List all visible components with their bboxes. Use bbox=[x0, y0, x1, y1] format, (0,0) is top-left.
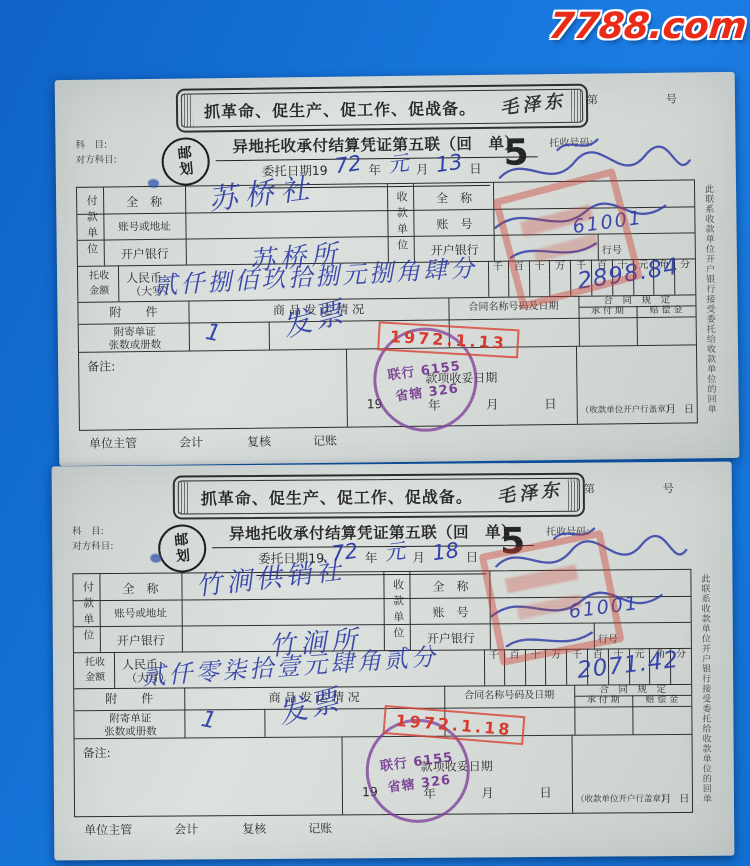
subject-label: 科 目: bbox=[75, 137, 107, 151]
payer-account-label: 账号或地址 bbox=[102, 605, 180, 621]
voucher-2: 第 号 抓革命、促生产、促工作、促战备。 毛泽东 科 目: 对方科目: 邮 划 … bbox=[52, 462, 735, 861]
sig-supervisor-label: 单位主管 bbox=[89, 434, 137, 452]
year-label: 年 bbox=[365, 548, 378, 566]
postal-transfer-stamp: 邮 划 bbox=[159, 135, 212, 188]
serial-label: 第 bbox=[584, 481, 595, 497]
day-label2: 日 bbox=[679, 791, 690, 806]
serial-number-line: 第 号 bbox=[587, 91, 677, 108]
contract-terms-header: 合 同 规 定 bbox=[574, 684, 691, 696]
month-label2: 月 bbox=[666, 402, 677, 417]
voucher-1: 第 号 抓革命、促生产、促工作、促战备。 毛泽东 科 目: 对方科目: 邮 划 … bbox=[55, 72, 740, 466]
red-seal-stamp bbox=[479, 530, 625, 667]
mao-signature: 毛泽东 bbox=[499, 87, 568, 121]
slogan-text: 抓革命、促生产、促工作、促战备。 bbox=[201, 484, 473, 509]
postal-stamp-char-bottom: 划 bbox=[179, 161, 195, 178]
attachment-header: 附 件 bbox=[74, 687, 184, 710]
payer-block-label: 付款单位 bbox=[79, 581, 95, 647]
handwritten-month: 元 bbox=[384, 546, 406, 559]
payee-block-label: 收款单位 bbox=[393, 191, 410, 257]
acceptance-period-label: 承 付 期 bbox=[574, 695, 632, 706]
payer-account-label: 账号或地址 bbox=[105, 219, 183, 235]
bank-seal-note: （收款单位开户行盖章） bbox=[576, 792, 670, 805]
counter-subject-label: 对方科目: bbox=[72, 538, 113, 552]
sig-bookkeeping-label: 记账 bbox=[308, 819, 332, 836]
serial-no-label: 号 bbox=[663, 480, 674, 496]
sig-review-label: 复核 bbox=[242, 820, 266, 837]
photo-stage: 7788.com 第 号 抓革命、促生产、促工作、促战备。 毛泽东 科 目: 对… bbox=[0, 0, 750, 866]
sig-bookkeeping-label: 记账 bbox=[313, 432, 337, 449]
postal-stamp-char-top: 邮 bbox=[177, 145, 193, 162]
slogan-banner: 抓革命、促生产、促工作、促战备。 毛泽东 bbox=[173, 473, 585, 520]
attached-docs-label: 附寄单证 张数或册数 bbox=[78, 712, 182, 739]
stamp-bank-line2: 省辖 326 bbox=[386, 768, 452, 795]
watermark: 7788.com bbox=[546, 6, 748, 47]
attached-docs-label: 附寄单证 张数或册数 bbox=[83, 326, 187, 354]
payer-bank-label: 开户银行 bbox=[102, 631, 180, 649]
collection-amount-label: 托收 金额 bbox=[77, 655, 113, 685]
slogan-text: 抓革命、促生产、促工作、促战备。 bbox=[204, 96, 476, 122]
sig-review-label: 复核 bbox=[247, 433, 271, 450]
payee-block-label: 收款单位 bbox=[389, 579, 405, 645]
payer-fullname-label: 全 称 bbox=[105, 193, 183, 211]
postal-stamp-char-top: 邮 bbox=[174, 532, 189, 549]
month-label: 月 bbox=[416, 160, 429, 178]
remarks-label: 备注: bbox=[87, 357, 115, 374]
day-label2: 日 bbox=[684, 401, 695, 416]
payer-fullname-label: 全 称 bbox=[101, 579, 179, 597]
handwritten-day: 18 bbox=[431, 545, 459, 558]
month-label: 月 bbox=[412, 548, 425, 566]
collection-amount-label: 托收 金额 bbox=[81, 268, 117, 298]
bank-seal-note: （收款单位开户行盖章） bbox=[581, 403, 675, 416]
serial-number-line: 第 号 bbox=[584, 480, 674, 497]
remarks-label: 备注: bbox=[83, 744, 111, 761]
postal-stamp-char-bottom: 划 bbox=[175, 548, 190, 565]
serial-label: 第 bbox=[587, 92, 598, 108]
serial-no-label: 号 bbox=[666, 91, 677, 107]
month-label2: 月 bbox=[661, 791, 672, 806]
handwritten-month: 元 bbox=[387, 158, 409, 171]
sig-accountant-label: 会计 bbox=[174, 820, 198, 837]
compensation-label: 赔 偿 金 bbox=[636, 305, 695, 317]
side-note: 此联系收款单位开户银行接受委托给收款单位的回单 bbox=[698, 574, 713, 812]
side-note: 此联系收款单位开户银行接受委托给收款单位的回单 bbox=[702, 184, 718, 422]
subject-label: 科 目: bbox=[72, 523, 104, 537]
payer-block-label: 付款单位 bbox=[83, 195, 100, 261]
compensation-label: 赔 偿 金 bbox=[632, 695, 691, 706]
attachment-header: 附 件 bbox=[78, 301, 188, 324]
sig-supervisor-label: 单位主管 bbox=[84, 821, 132, 838]
handwritten-year: 72 bbox=[334, 158, 362, 171]
counter-subject-label: 对方科目: bbox=[76, 151, 117, 166]
payer-bank-label: 开户银行 bbox=[106, 245, 184, 263]
contract-name-header: 合同名称号码及日期 bbox=[444, 685, 574, 708]
acceptance-period-label: 承 付 期 bbox=[578, 306, 636, 318]
slogan-banner: 抓革命、促生产、促工作、促战备。 毛泽东 bbox=[176, 84, 589, 133]
sig-accountant-label: 会计 bbox=[179, 433, 203, 450]
mao-signature: 毛泽东 bbox=[496, 475, 564, 508]
handwritten-day: 13 bbox=[435, 157, 463, 170]
year-label: 年 bbox=[368, 160, 381, 178]
